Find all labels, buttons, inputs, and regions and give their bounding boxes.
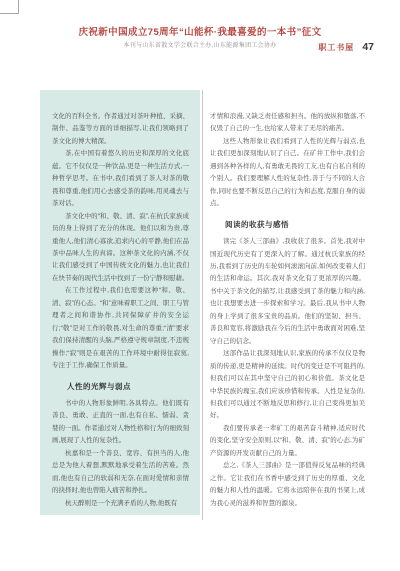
left-column: 文化的百科全书。作者通过对茶叶种植、采摘、制作、品鉴等方面的详细描写,让我们领略… <box>40 90 200 515</box>
paragraph: 总之,《茶人三部曲》是一部值得反复品味的经典之作。它让我们在书香中感受到了历史的… <box>210 460 365 510</box>
paragraph: 读完《茶人三部曲》,我收获了很多。首先,我对中国近现代历史有了更深入的了解。通过… <box>210 236 365 348</box>
scan-corner-mark <box>0 0 19 14</box>
page-title: 庆祝新中国成立75周年“山能杯·我最喜爱的一本书”征文 <box>0 27 400 39</box>
paragraph: 书中的人物形象鲜明,各具特点。他们既有善良、勇敢、正直的一面,也有自私、懦弱、贪… <box>52 398 189 448</box>
page-number: 47 <box>362 41 374 53</box>
paragraph: 茶文化中的“和、敬、清、寂”,在杭氏家族成员的身上得到了充分的体现。他们以和为贵… <box>52 211 189 286</box>
right-column: 才情和浪漫,又缺乏责任感和担当。他的放纵和堕落,不仅毁了自己的一生,也给家人带来… <box>210 90 365 510</box>
paragraph: 茶,在中国有着悠久的历史和深厚的文化底蕴。它不仅仅是一种饮品,更是一种生活方式,… <box>52 148 189 210</box>
paragraph: 在工作过程中,我们也需要这种“和、敬、清、寂”的心态。“和”意味着职工之间、职工… <box>52 285 189 372</box>
section-heading: 阅读的收获与感悟 <box>210 219 365 231</box>
header-right: 职工书屋 47 <box>318 41 374 53</box>
paragraph: 杭天醉则是一个充满矛盾的人物,他既有 <box>52 498 189 510</box>
paragraph: 才情和浪漫,又缺乏责任感和担当。他的放纵和堕落,不仅毁了自己的一生,也给家人带来… <box>210 111 365 136</box>
paragraph: 这部作品让我深刻地认识,家族的传承不仅仅是物质的传递,更是精神的延续。时代的变迁… <box>210 348 365 423</box>
section-heading: 人性的光辉与弱点 <box>52 381 189 393</box>
paragraph: 文化的百科全书。作者通过对茶叶种植、采摘、制作、品鉴等方面的详细描写,让我们领略… <box>52 111 189 148</box>
paragraph: 杭嘉和是一个善良、宽容、有担当的人,他总是为他人着想,默默地承受着生活的苦难。然… <box>52 448 189 498</box>
paragraph: 我们要传承老一辈矿工的艰苦奋斗精神,适应时代的变化,坚守安全原则,以“和、敬、清… <box>210 423 365 460</box>
column-divider <box>202 90 203 520</box>
section-label: 职工书屋 <box>318 42 354 53</box>
paragraph: 这些人物形象让我们看到了人性的光辉与弱点,也让我们更加深刻地认识了自己。在矿井工… <box>210 136 365 211</box>
